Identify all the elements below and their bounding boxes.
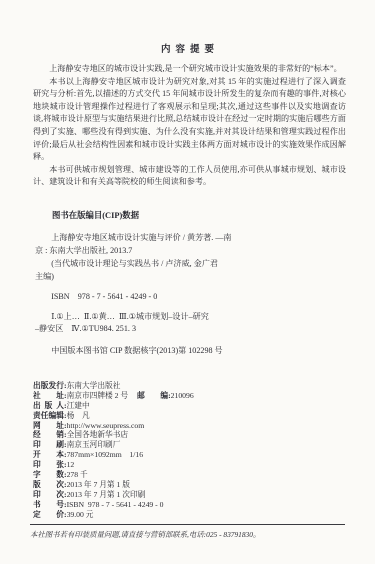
colophon-label: 社址 bbox=[33, 391, 64, 401]
colophon-section: 出版发行:东南大学出版社 社址:南京市四牌楼 2 号邮编:210096 出版人:… bbox=[33, 381, 375, 520]
postcode-value: 210096 bbox=[171, 391, 194, 400]
colophon-row: 责任编辑:杨 凡 bbox=[33, 411, 375, 421]
colophon-row: 网址:http://www.seupress.com bbox=[33, 421, 375, 431]
book-copyright-page: 内容提要 上海静安寺地区的城市设计实践,是一个研究城市设计实施效果的非常好的“标… bbox=[0, 0, 375, 564]
colophon-label: 出版人 bbox=[33, 401, 64, 411]
colophon-label: 印次 bbox=[33, 490, 64, 500]
colophon-value: 杨 凡 bbox=[67, 411, 90, 420]
colophon-label: 责任编辑 bbox=[33, 411, 64, 421]
colophon-label: 书号 bbox=[33, 500, 64, 510]
colophon-value: 南京玉河印刷厂 bbox=[67, 440, 121, 449]
divider-rule bbox=[30, 524, 345, 525]
colophon-value: 2013 年 7 月第 1 次印刷 bbox=[67, 490, 146, 499]
cip-line: (当代城市设计理论与实践丛书 / 卢济威, 金广君 bbox=[35, 257, 295, 270]
colophon-row: 印次:2013 年 7 月第 1 次印刷 bbox=[33, 490, 375, 500]
colophon-row: 出版发行:东南大学出版社 bbox=[33, 381, 375, 391]
colophon-label: 网址 bbox=[33, 421, 64, 431]
page-title: 内容提要 bbox=[0, 0, 375, 55]
colophon-value: 江建中 bbox=[67, 401, 90, 410]
colophon-label: 印张 bbox=[33, 460, 64, 470]
abstract-paragraph: 本书可供城市规划管理、城市建设等的工作人员使用,亦可供从事城市规划、城市设计、建… bbox=[33, 164, 346, 189]
colophon-label: 出版发行 bbox=[33, 381, 64, 391]
colophon-row: 印刷:南京玉河印刷厂 bbox=[33, 440, 375, 450]
abstract-paragraph: 上海静安寺地区的城市设计实践,是一个研究城市设计实施效果的非常好的“标本”。 bbox=[33, 63, 346, 76]
colophon-value: 278 千 bbox=[67, 470, 88, 479]
colophon-value: ISBN 978 - 7 - 5641 - 4249 - 0 bbox=[67, 500, 164, 509]
cip-heading: 图书在版编目(CIP)数据 bbox=[35, 209, 295, 221]
colophon-row: 字数:278 千 bbox=[33, 470, 375, 480]
abstract-paragraph: 本书以上海静安寺地区城市设计为研究对象,对其 15 年的实施过程进行了深入调查研… bbox=[33, 76, 346, 164]
cip-line: 主编) bbox=[35, 270, 295, 283]
colophon-row: 书号:ISBN 978 - 7 - 5641 - 4249 - 0 bbox=[33, 500, 375, 510]
cip-description: 上海静安寺地区城市设计实施与评价 / 黄芳著. —南 京 : 东南大学出版社, … bbox=[35, 231, 295, 283]
colophon-value: 南京市四牌楼 2 号 bbox=[67, 391, 129, 400]
colophon-value: 12 bbox=[67, 460, 75, 469]
colophon-row: 开本:787mm×1092mm 1/16 bbox=[33, 450, 375, 460]
colophon-row: 定价:39.00 元 bbox=[33, 510, 375, 520]
cip-section: 图书在版编目(CIP)数据 上海静安寺地区城市设计实施与评价 / 黄芳著. —南… bbox=[35, 209, 295, 357]
colophon-row: 版次:2013 年 7 月第 1 版 bbox=[33, 480, 375, 490]
colophon-value: 东南大学出版社 bbox=[67, 381, 121, 390]
cip-line: 上海静安寺地区城市设计实施与评价 / 黄芳著. —南 bbox=[35, 231, 295, 244]
colophon-label: 开本 bbox=[33, 450, 64, 460]
colophon-label: 定价 bbox=[33, 510, 64, 520]
cip-record-line: 中国版本图书馆 CIP 数据核字(2013)第 102298 号 bbox=[35, 345, 295, 357]
colophon-value: 787mm×1092mm 1/16 bbox=[67, 450, 144, 459]
colophon-row: 经销:全国各地新华书店 bbox=[33, 430, 375, 440]
abstract-section: 上海静安寺地区的城市设计实践,是一个研究城市设计实施效果的非常好的“标本”。 本… bbox=[33, 63, 346, 189]
colophon-row: 社址:南京市四牌楼 2 号邮编:210096 bbox=[33, 391, 375, 401]
colophon-value: 全国各地新华书店 bbox=[67, 430, 129, 439]
classification-line: –静安区 Ⅳ.①TU984. 251. 3 bbox=[35, 323, 295, 336]
colophon-row: 出版人:江建中 bbox=[33, 401, 375, 411]
colophon-row: 印张:12 bbox=[33, 460, 375, 470]
colophon-value: 39.00 元 bbox=[67, 510, 94, 519]
cip-line: 京 : 东南大学出版社, 2013.7 bbox=[35, 244, 295, 257]
colophon-label: 字数 bbox=[33, 470, 64, 480]
classification-line: Ⅰ.①上… Ⅱ.①黄… Ⅲ.①城市规划–设计–研究 bbox=[35, 311, 295, 324]
colophon-label: 版次 bbox=[33, 480, 64, 490]
classification-block: Ⅰ.①上… Ⅱ.①黄… Ⅲ.①城市规划–设计–研究 –静安区 Ⅳ.①TU984.… bbox=[35, 311, 295, 336]
colophon-label: 经销 bbox=[33, 430, 64, 440]
colophon-value website-url: http://www.seupress.com bbox=[67, 421, 145, 430]
isbn-line: ISBN 978 - 7 - 5641 - 4249 - 0 bbox=[35, 291, 295, 303]
quality-note: 本社图书若有印装质量问题,请直接与营销部联系,电话:025 - 83791830… bbox=[30, 530, 345, 540]
colophon-label: 印刷 bbox=[33, 440, 64, 450]
colophon-value: 2013 年 7 月第 1 版 bbox=[67, 480, 130, 489]
postcode-label: 邮编 bbox=[137, 391, 168, 401]
